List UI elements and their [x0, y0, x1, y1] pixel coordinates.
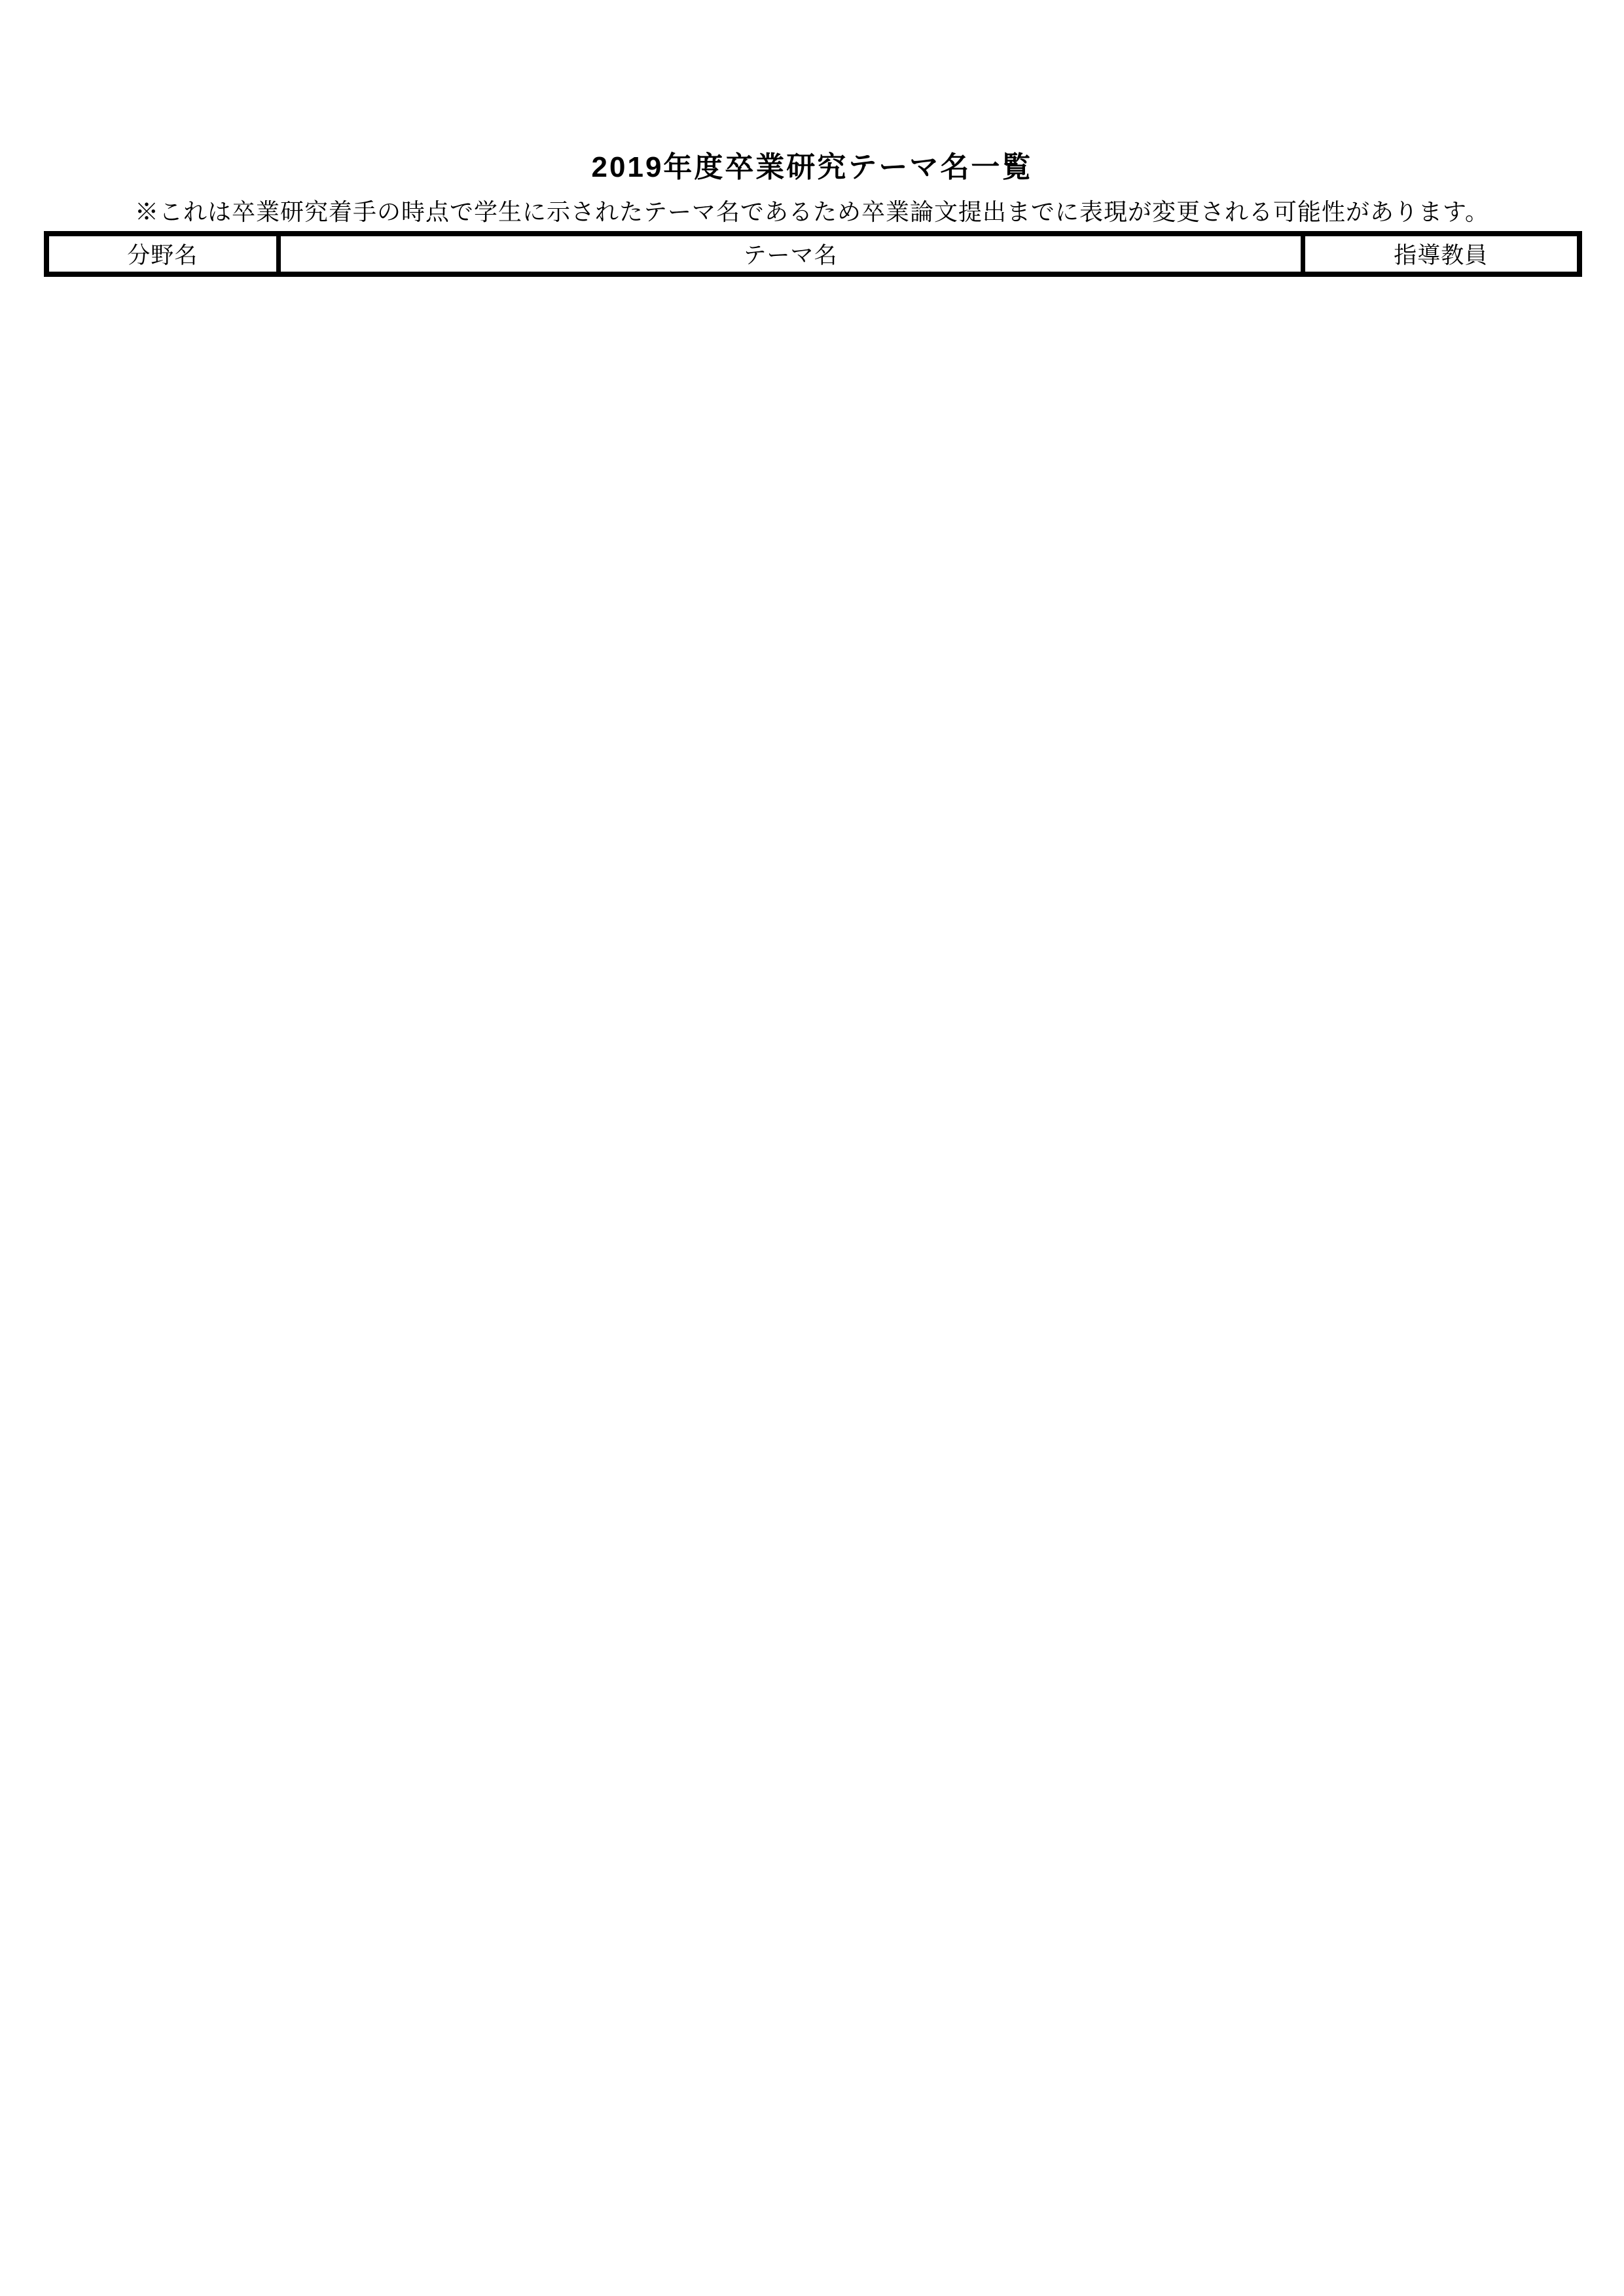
- themes-table: 分野名 テーマ名 指導教員: [44, 231, 1582, 277]
- header-theme: テーマ名: [278, 234, 1303, 274]
- page-title: 2019年度卒業研究テーマ名一覧: [0, 151, 1624, 184]
- page-note: ※これは卒業研究着手の時点で学生に示されたテーマ名であるため卒業論文提出までに表…: [0, 198, 1624, 226]
- header-teacher: 指導教員: [1303, 234, 1579, 274]
- table-header-row: 分野名 テーマ名 指導教員: [46, 234, 1579, 274]
- document-page: 2019年度卒業研究テーマ名一覧 ※これは卒業研究着手の時点で学生に示されたテー…: [0, 0, 1624, 2296]
- header-field: 分野名: [46, 234, 278, 274]
